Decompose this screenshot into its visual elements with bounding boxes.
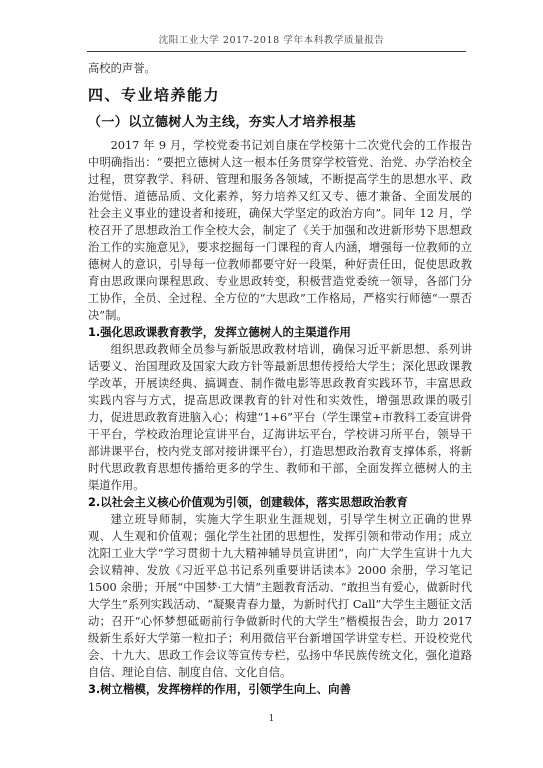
page-footer: 1 xyxy=(0,714,543,724)
item-1-title: 1.强化思政课教育教学，发挥立德树人的主渠道作用 xyxy=(88,324,472,341)
header-rule xyxy=(87,51,466,52)
paragraph-intro-fragment: 高校的声誉。 xyxy=(88,60,472,77)
subsection-title: （一）以立德树人为主线，夯实人才培养根基 xyxy=(88,113,472,132)
page-header: 沈阳工业大学 2017-2018 学年本科教学质量报告 xyxy=(60,32,483,46)
paragraph-3: 建立班导师制，实施大学生职业生涯规划，引导学生树立正确的世界观、人生观和价值观；… xyxy=(88,511,472,681)
document-content: 高校的声誉。 四、专业培养能力 （一）以立德树人为主线，夯实人才培养根基 201… xyxy=(88,60,472,698)
section-title: 四、专业培养能力 xyxy=(88,85,472,106)
paragraph-1: 2017 年 9 月，学校党委书记刘自康在学校第十二次党代会的工作报告中明确指出… xyxy=(88,137,472,324)
item-2-title: 2.以社会主义核心价值观为引领，创建载体，落实思想政治教育 xyxy=(88,494,472,511)
item-3-title: 3.树立楷模，发挥榜样的作用，引领学生向上、向善 xyxy=(88,681,472,698)
document-page: 沈阳工业大学 2017-2018 学年本科教学质量报告 高校的声誉。 四、专业培… xyxy=(0,0,543,768)
paragraph-2: 组织思政教师全员参与新版思政教材培训，确保习近平新思想、系列讲话要义、治国理政及… xyxy=(88,341,472,494)
page-number: 1 xyxy=(269,714,275,724)
header-title: 沈阳工业大学 2017-2018 学年本科教学质量报告 xyxy=(159,35,385,46)
